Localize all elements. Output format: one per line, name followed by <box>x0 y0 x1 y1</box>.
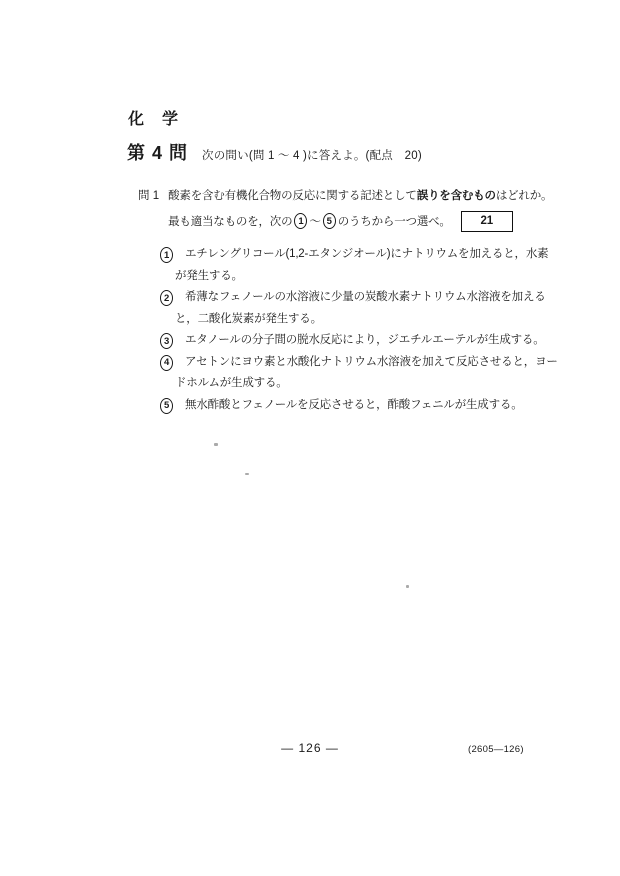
question4-heading: 第 4 問 次の問い(問 1 ～ 4 )に答えよ。(配点 20) <box>127 139 422 165</box>
choice-1-line-2: が発生する。 <box>160 266 540 288</box>
scan-artifact <box>214 443 218 446</box>
q1-choose-prefix: 最も適当なものを，次の <box>168 213 292 229</box>
q1-range-tilde: ～ <box>309 213 320 229</box>
choice-1: 1 エチレングリコール(1,2-エタンジオール)にナトリウムを加えると，水素 が… <box>160 244 540 287</box>
circled-1-icon: 1 <box>294 213 307 229</box>
circled-number-icon: 3 <box>160 333 173 349</box>
q1-statement-emphasis: 誤りを含むもの <box>417 190 496 202</box>
choice-1-line-1: エチレングリコール(1,2-エタンジオール)にナトリウムを加えると，水素 <box>160 244 540 266</box>
choice-4-line-2: ドホルムが生成する。 <box>160 373 540 395</box>
q1-choose-instruction: 最も適当なものを，次の 1 ～ 5 のうちから一つ選べ。 21 <box>168 209 552 233</box>
choice-5: 5 無水酢酸とフェノールを反応させると，酢酸フェニルが生成する。 <box>160 395 540 417</box>
q1-statement: 酸素を含む有機化合物の反応に関する記述として誤りを含むものはどれか。 <box>168 186 552 206</box>
choice-2: 2 希薄なフェノールの水溶液に少量の炭酸水素ナトリウム水溶液を加える と，二酸化… <box>160 287 540 330</box>
exam-page: 化 学 第 4 問 次の問い(問 1 ～ 4 )に答えよ。(配点 20) 問 1… <box>0 0 620 876</box>
question4-number: 第 4 問 <box>127 139 188 165</box>
subject-title: 化 学 <box>128 106 179 129</box>
scan-artifact <box>406 585 409 588</box>
circled-number-icon: 4 <box>160 355 173 371</box>
q1-block: 問 1 酸素を含む有機化合物の反応に関する記述として誤りを含むものはどれか。 最… <box>138 186 552 233</box>
q1-text: 酸素を含む有機化合物の反応に関する記述として誤りを含むものはどれか。 最も適当な… <box>168 186 552 233</box>
page-number: — 126 — <box>0 741 620 755</box>
choice-5-line-1: 無水酢酸とフェノールを反応させると，酢酸フェニルが生成する。 <box>160 395 540 417</box>
question4-instruction: 次の問い(問 1 ～ 4 )に答えよ。(配点 20) <box>202 147 422 163</box>
choice-2-line-1: 希薄なフェノールの水溶液に少量の炭酸水素ナトリウム水溶液を加える <box>160 287 540 309</box>
q1-choose-suffix: のうちから一つ選べ。 <box>338 213 451 229</box>
circled-5-icon: 5 <box>323 213 336 229</box>
choice-3: 3 エタノールの分子間の脱水反応により，ジエチルエーテルが生成する。 <box>160 330 540 352</box>
document-code: (2605—126) <box>468 744 524 755</box>
choice-4-line-1: アセトンにヨウ素と水酸化ナトリウム水溶液を加えて反応させると，ヨー <box>160 352 540 374</box>
circled-number-icon: 5 <box>160 398 173 414</box>
answer-number-box: 21 <box>461 211 513 232</box>
q1-label: 問 1 <box>138 186 159 206</box>
q1-statement-prefix: 酸素を含む有機化合物の反応に関する記述として <box>168 190 417 202</box>
scan-artifact <box>245 473 249 475</box>
choice-2-line-2: と，二酸化炭素が発生する。 <box>160 309 540 331</box>
choice-3-line-1: エタノールの分子間の脱水反応により，ジエチルエーテルが生成する。 <box>160 330 540 352</box>
q1-statement-suffix: はどれか。 <box>496 190 553 202</box>
choice-4: 4 アセトンにヨウ素と水酸化ナトリウム水溶液を加えて反応させると，ヨー ドホルム… <box>160 352 540 395</box>
circled-number-icon: 1 <box>160 247 173 263</box>
choices-list: 1 エチレングリコール(1,2-エタンジオール)にナトリウムを加えると，水素 が… <box>160 244 540 416</box>
circled-number-icon: 2 <box>160 290 173 306</box>
